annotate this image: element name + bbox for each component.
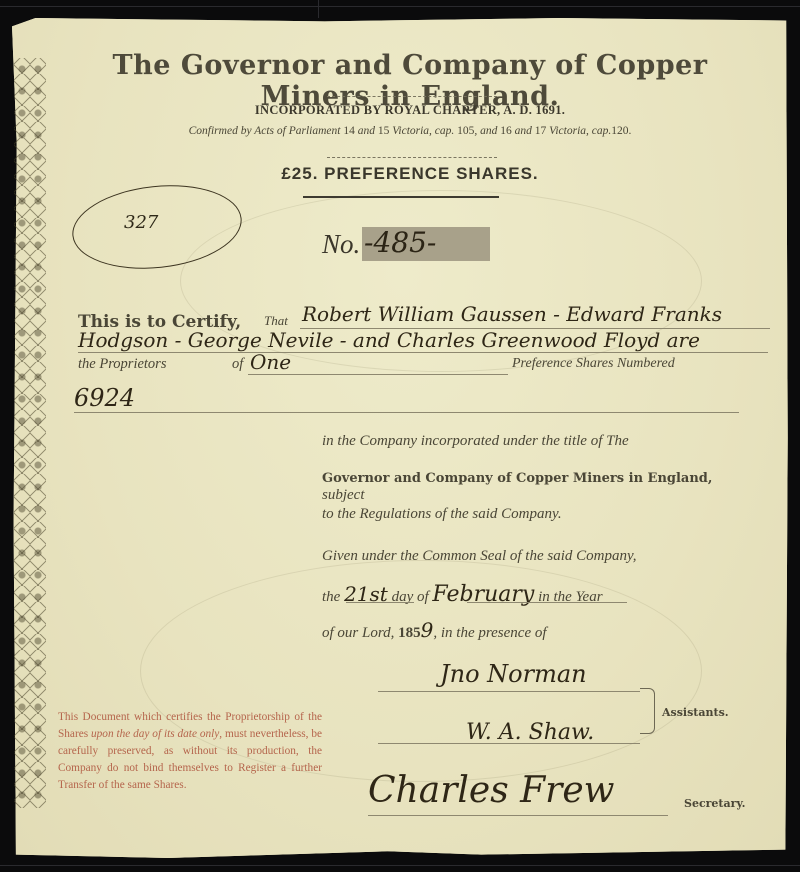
notice-emphasis: upon the day of its date only <box>91 728 219 740</box>
shares-numbered-label: Preference Shares Numbered <box>512 356 675 372</box>
assistants-label: Assistants. <box>662 706 729 719</box>
scan-frame-line <box>0 6 800 7</box>
register-number: 327 <box>124 212 158 233</box>
confirmed-number: 15 <box>378 125 390 137</box>
company-name-gothic: Governor and Company of Copper Miners in… <box>322 471 712 486</box>
month-value: February <box>432 582 534 607</box>
signature-assistant-1: Jno Norman <box>440 660 587 688</box>
given-line: Given under the Common Seal of the said … <box>322 548 742 565</box>
year-line: of our Lord, 1859, in the presence of <box>322 618 742 642</box>
confirmed-number: 120. <box>611 125 631 137</box>
presence-text: , in the presence of <box>433 625 546 641</box>
of-label: of <box>232 356 243 373</box>
fill-line <box>248 374 508 375</box>
secretary-label: Secretary. <box>684 797 745 810</box>
fill-line <box>467 602 627 603</box>
holders-line-1: Robert William Gaussen - Edward Franks <box>302 302 722 326</box>
given-the: the <box>322 589 340 605</box>
signature-line <box>378 691 640 692</box>
shares-heading: £25. PREFERENCE SHARES. <box>60 164 760 184</box>
confirmed-line: Confirmed by Acts of Parliament 14 and 1… <box>60 125 760 137</box>
body-line-3: to the Regulations of the said Company. <box>322 506 742 523</box>
of-our-lord: of our Lord, <box>322 625 394 641</box>
confirmed-number: 105 <box>457 125 474 137</box>
assistants-bracket <box>640 688 655 734</box>
confirmed-text: and <box>512 125 535 137</box>
signature-line <box>378 743 640 744</box>
body-line-2: Governor and Company of Copper Miners in… <box>322 470 742 504</box>
confirmed-number: 16 <box>500 125 512 137</box>
title-rule <box>327 96 497 97</box>
signature-secretary: Charles Frew <box>368 770 614 811</box>
year-handwritten: 9 <box>421 618 434 642</box>
incorporated-line: INCORPORATED BY ROYAL CHARTER, A. D. 169… <box>60 103 760 118</box>
date-line: the 21st day of February in the Year <box>322 582 742 607</box>
year-printed: 185 <box>398 625 421 641</box>
notice-text: This Document which certifies the Propri… <box>58 709 322 794</box>
shares-numbers: 6924 <box>74 384 135 412</box>
confirmed-text: Confirmed by Acts of Parliament <box>189 125 344 137</box>
confirmed-text: Victoria, cap. <box>389 125 457 137</box>
confirmed-number: 14 <box>343 125 355 137</box>
heading-rule <box>327 157 497 158</box>
proprietors-label: the Proprietors <box>78 356 166 373</box>
confirmed-text: , and <box>474 125 500 137</box>
signature-line <box>368 815 668 816</box>
holders-line-2: Hodgson - George Nevile - and Charles Gr… <box>78 328 700 352</box>
ornamental-border-left <box>14 58 46 808</box>
scan-frame-line <box>318 0 319 18</box>
heading-underline <box>303 196 499 198</box>
body-text: subject <box>322 487 365 503</box>
fill-line <box>346 602 414 603</box>
certificate-number-label: No. <box>322 229 360 260</box>
fill-line <box>78 352 768 353</box>
that-label: That <box>264 313 288 329</box>
shares-count: One <box>250 350 291 374</box>
fill-line <box>74 412 739 413</box>
confirmed-text: and <box>355 125 378 137</box>
confirmed-number: 17 <box>535 125 547 137</box>
confirmed-text: Victoria, cap. <box>546 125 611 137</box>
body-line-1: in the Company incorporated under the ti… <box>322 433 742 450</box>
signature-assistant-2: W. A. Shaw. <box>466 720 594 745</box>
scan-frame-line <box>0 865 800 866</box>
certificate-number-value: -485- <box>364 226 436 259</box>
